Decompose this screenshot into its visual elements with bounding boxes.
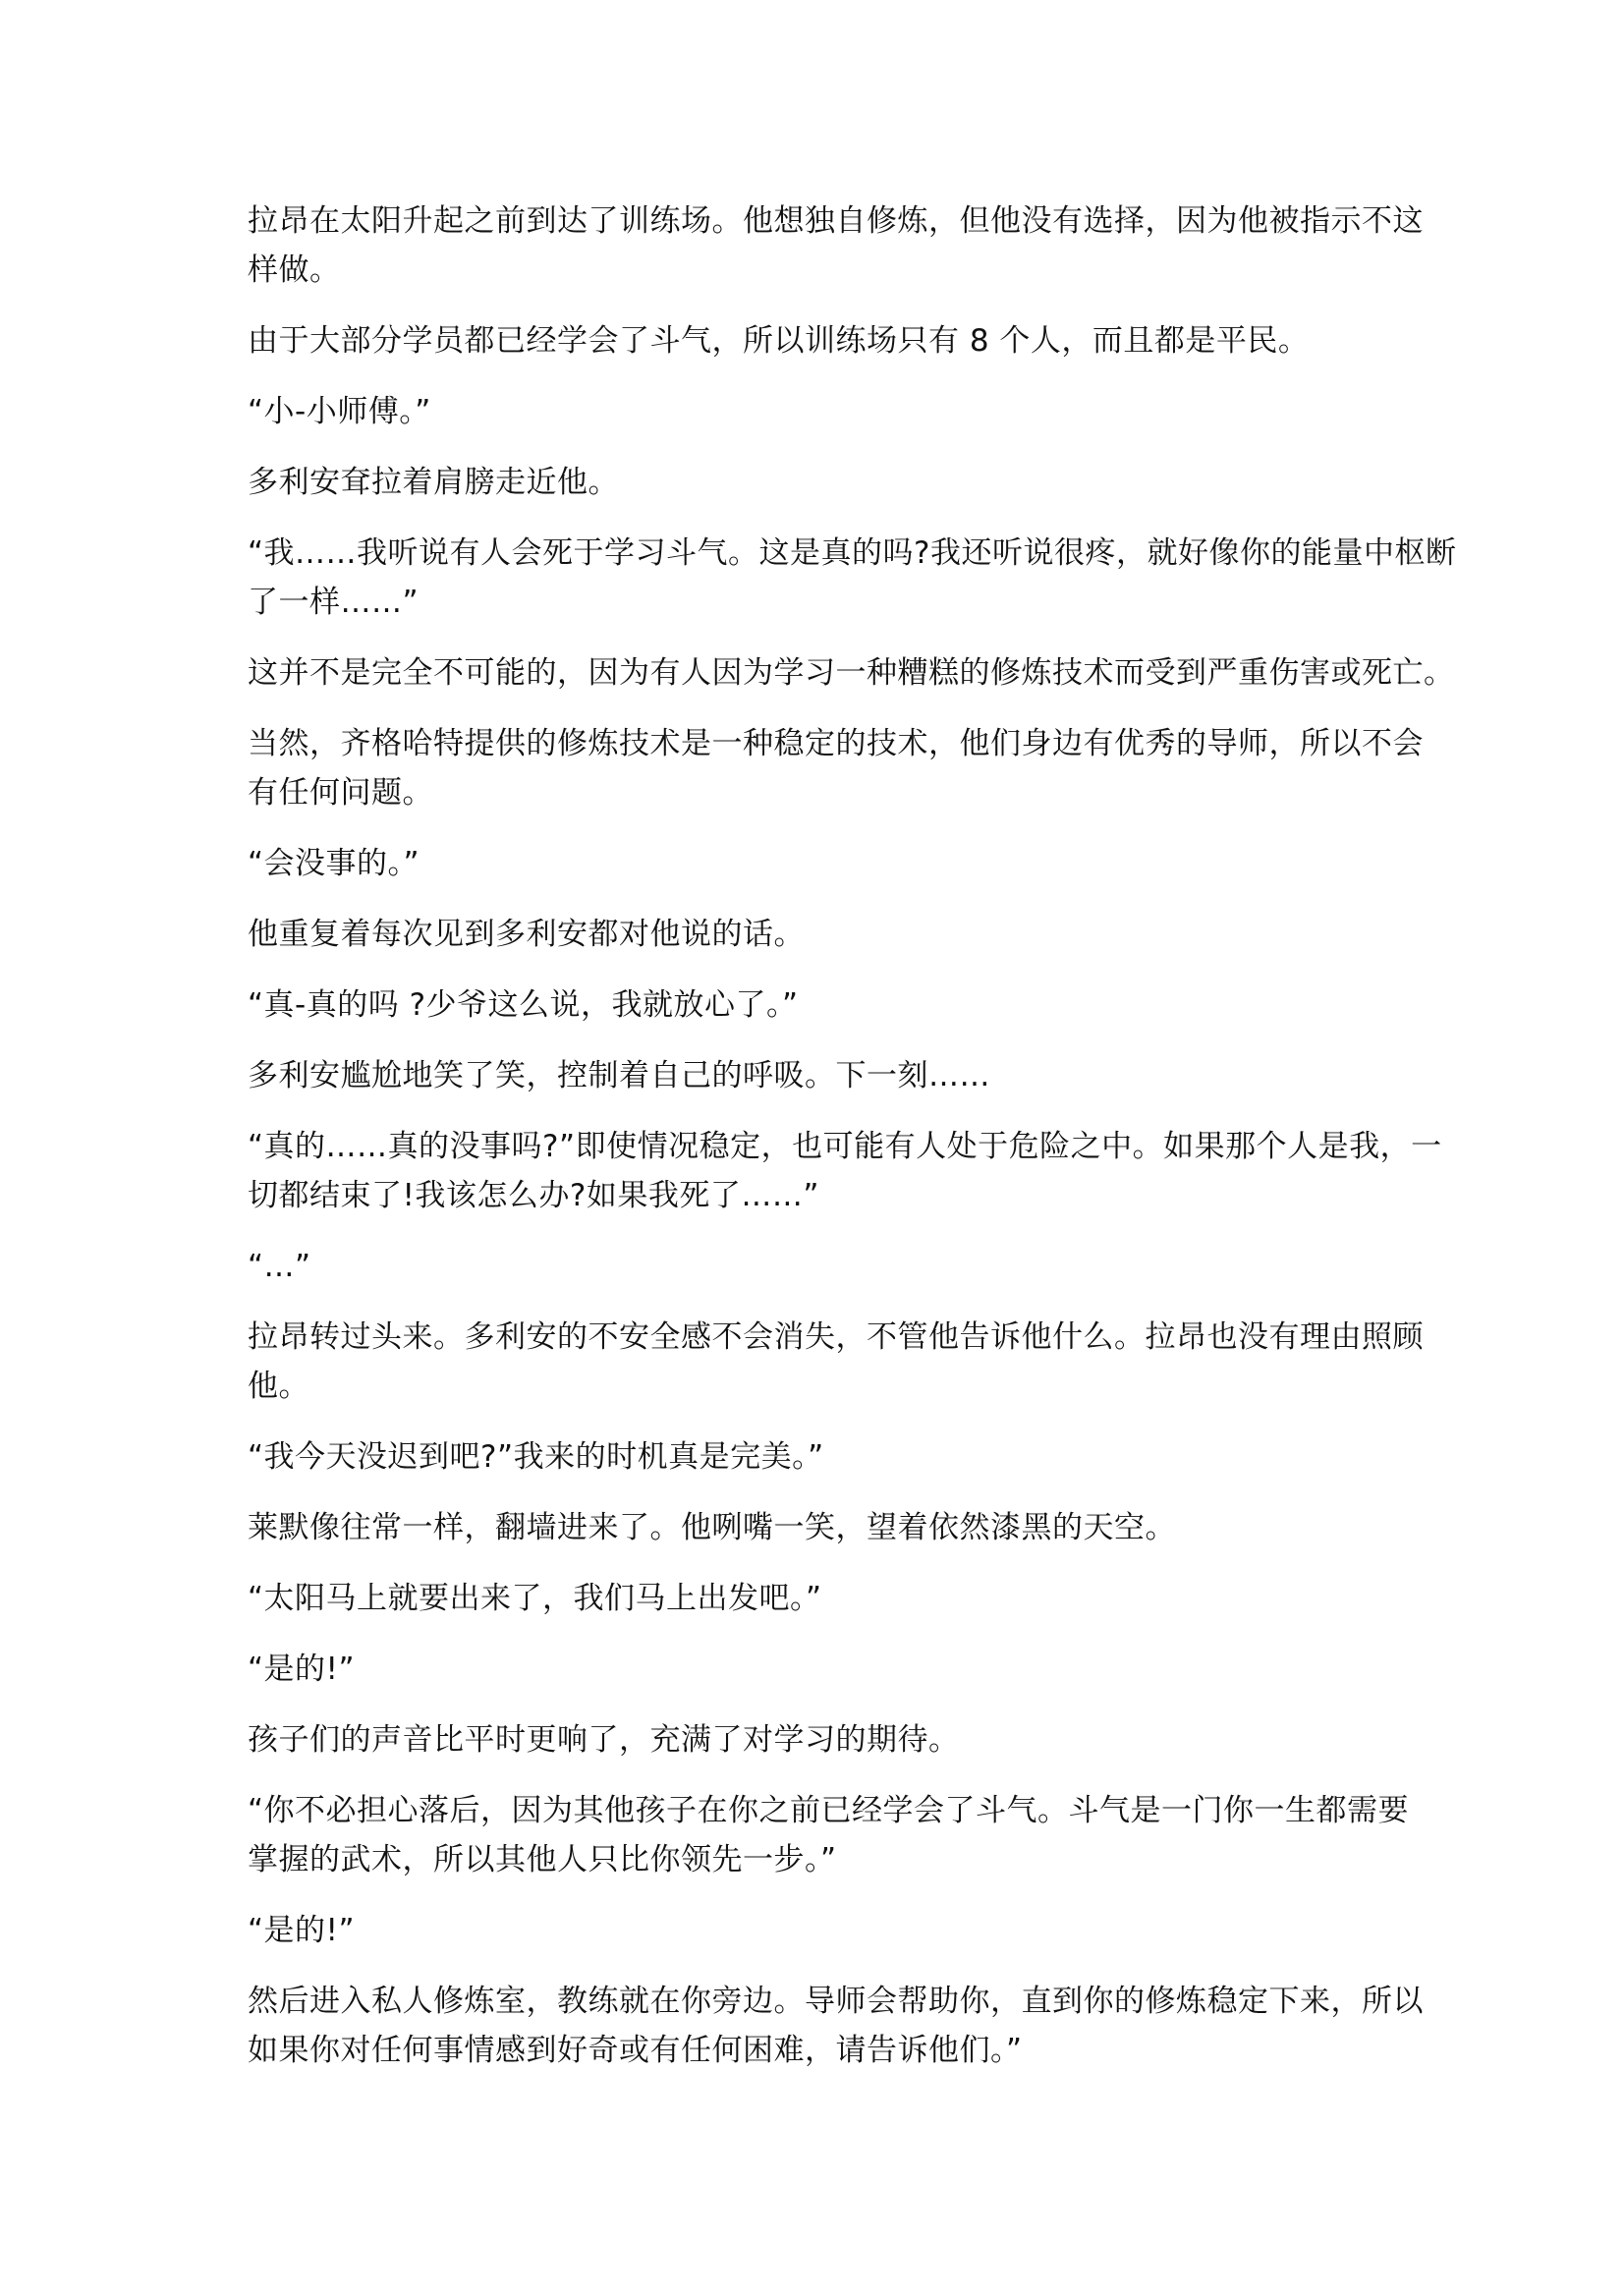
paragraph: “我今天没迟到吧?”我来的时机真是完美。” (248, 1432, 1397, 1482)
paragraph: 由于大部分学员都已经学会了斗气，所以训练场只有 8 个人，而且都是平民。 (248, 316, 1397, 365)
text-line: 掌握的武术，所以其他人只比你领先一步。” (248, 1835, 1397, 1884)
text-line: “…” (248, 1242, 1397, 1291)
text-line: “会没事的。” (248, 839, 1397, 888)
paragraph: 当然，齐格哈特提供的修炼技术是一种稳定的技术，他们身边有优秀的导师，所以不会 有… (248, 719, 1397, 817)
document-page: 拉昂在太阳升起之前到达了训练场。他想独自修炼，但他没有选择，因为他被指示不这 样… (248, 196, 1397, 2097)
text-line: 然后进入私人修炼室，教练就在你旁边。导师会帮助你，直到你的修炼稳定下来，所以 (248, 1977, 1397, 2026)
text-line: 当然，齐格哈特提供的修炼技术是一种稳定的技术，他们身边有优秀的导师，所以不会 (248, 719, 1397, 768)
paragraph: 多利安耷拉着肩膀走近他。 (248, 458, 1397, 507)
text-line: 莱默像往常一样，翻墙进来了。他咧嘴一笑，望着依然漆黑的天空。 (248, 1503, 1397, 1552)
paragraph: “真的……真的没事吗?”即使情况稳定，也可能有人处于危险之中。如果那个人是我，一… (248, 1122, 1397, 1220)
text-line: 有任何问题。 (248, 768, 1397, 817)
text-line: 拉昂转过头来。多利安的不安全感不会消失，不管他告诉他什么。拉昂也没有理由照顾 (248, 1313, 1397, 1362)
text-line: 拉昂在太阳升起之前到达了训练场。他想独自修炼，但他没有选择，因为他被指示不这 (248, 196, 1397, 246)
paragraph: “真-真的吗 ?少爷这么说，我就放心了。” (248, 980, 1397, 1030)
paragraph: 然后进入私人修炼室，教练就在你旁边。导师会帮助你，直到你的修炼稳定下来，所以 如… (248, 1977, 1397, 2075)
paragraph: 他重复着每次见到多利安都对他说的话。 (248, 910, 1397, 959)
paragraph: 莱默像往常一样，翻墙进来了。他咧嘴一笑，望着依然漆黑的天空。 (248, 1503, 1397, 1552)
text-line: 多利安尴尬地笑了笑，控制着自己的呼吸。下一刻…… (248, 1051, 1397, 1100)
paragraph: “小-小师傅。” (248, 387, 1397, 436)
paragraph: 拉昂在太阳升起之前到达了训练场。他想独自修炼，但他没有选择，因为他被指示不这 样… (248, 196, 1397, 295)
paragraph: “会没事的。” (248, 839, 1397, 888)
paragraph: “是的!” (248, 1645, 1397, 1694)
text-line: 由于大部分学员都已经学会了斗气，所以训练场只有 8 个人，而且都是平民。 (248, 316, 1397, 365)
text-line: “真-真的吗 ?少爷这么说，我就放心了。” (248, 980, 1397, 1030)
paragraph: 这并不是完全不可能的，因为有人因为学习一种糟糕的修炼技术而受到严重伤害或死亡。 (248, 648, 1397, 698)
text-line: “我……我听说有人会死于学习斗气。这是真的吗?我还听说很疼，就好像你的能量中枢断 (248, 529, 1397, 578)
text-line: 他重复着每次见到多利安都对他说的话。 (248, 910, 1397, 959)
text-line: 这并不是完全不可能的，因为有人因为学习一种糟糕的修炼技术而受到严重伤害或死亡。 (248, 648, 1397, 698)
text-line: “小-小师傅。” (248, 387, 1397, 436)
text-line: “太阳马上就要出来了，我们马上出发吧。” (248, 1574, 1397, 1623)
text-line: 了一样……” (248, 578, 1397, 627)
text-line: “是的!” (248, 1906, 1397, 1955)
text-line: 样做。 (248, 246, 1397, 295)
text-line: “我今天没迟到吧?”我来的时机真是完美。” (248, 1432, 1397, 1482)
text-line: 多利安耷拉着肩膀走近他。 (248, 458, 1397, 507)
text-line: “是的!” (248, 1645, 1397, 1694)
paragraph: “…” (248, 1242, 1397, 1291)
paragraph: 拉昂转过头来。多利安的不安全感不会消失，不管他告诉他什么。拉昂也没有理由照顾 他… (248, 1313, 1397, 1411)
paragraph: 孩子们的声音比平时更响了，充满了对学习的期待。 (248, 1715, 1397, 1764)
text-line: 如果你对任何事情感到好奇或有任何困难，请告诉他们。” (248, 2026, 1397, 2075)
text-line: “真的……真的没事吗?”即使情况稳定，也可能有人处于危险之中。如果那个人是我，一 (248, 1122, 1397, 1171)
text-line: 他。 (248, 1362, 1397, 1411)
text-line: 孩子们的声音比平时更响了，充满了对学习的期待。 (248, 1715, 1397, 1764)
paragraph: 多利安尴尬地笑了笑，控制着自己的呼吸。下一刻…… (248, 1051, 1397, 1100)
paragraph: “太阳马上就要出来了，我们马上出发吧。” (248, 1574, 1397, 1623)
paragraph: “我……我听说有人会死于学习斗气。这是真的吗?我还听说很疼，就好像你的能量中枢断… (248, 529, 1397, 627)
text-line: “你不必担心落后，因为其他孩子在你之前已经学会了斗气。斗气是一门你一生都需要 (248, 1786, 1397, 1835)
paragraph: “你不必担心落后，因为其他孩子在你之前已经学会了斗气。斗气是一门你一生都需要 掌… (248, 1786, 1397, 1884)
paragraph: “是的!” (248, 1906, 1397, 1955)
text-line: 切都结束了!我该怎么办?如果我死了……” (248, 1171, 1397, 1220)
